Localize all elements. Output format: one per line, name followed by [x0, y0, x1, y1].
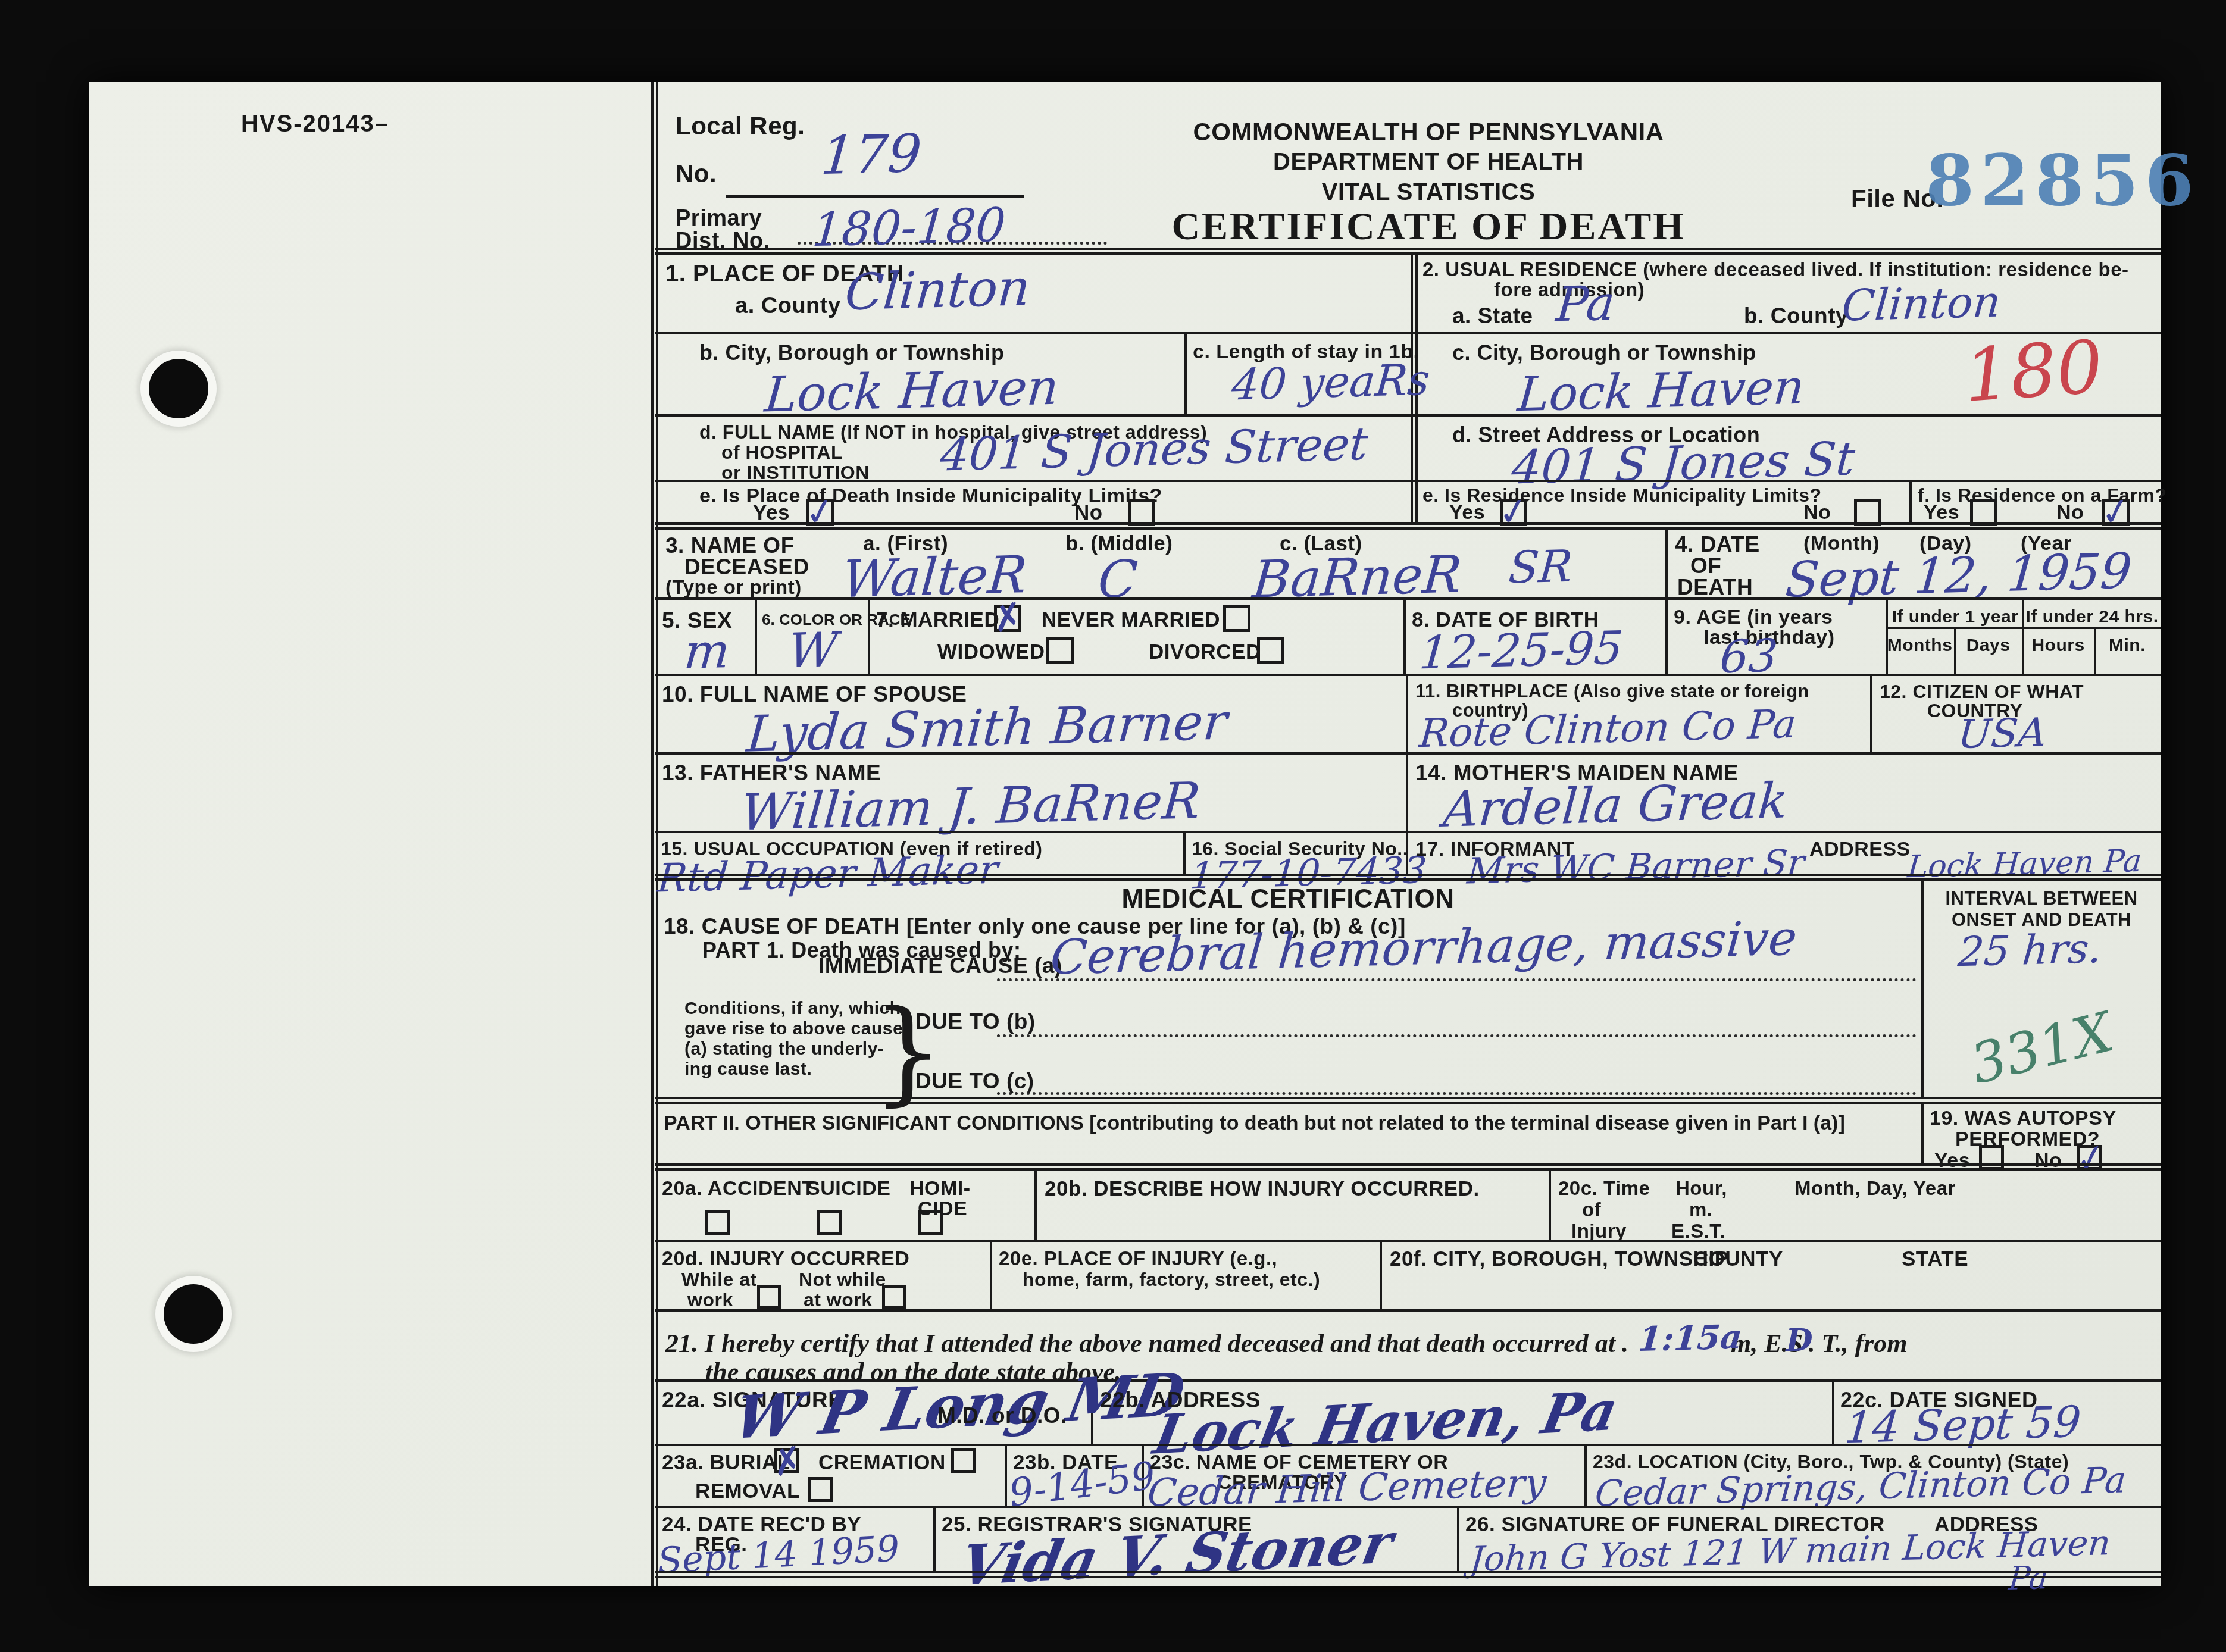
org-line-1: COMMONWEALTH OF PENNSYLVANIA: [1012, 118, 1845, 146]
birthplace-value: Rote Clinton Co Pa: [1418, 701, 1798, 757]
divider: [1665, 600, 1668, 674]
part2-text: PART II. OTHER SIGNIFICANT CONDITIONS [c…: [664, 1112, 1845, 1135]
rule: [997, 1034, 1917, 1037]
medical-certification-title: MEDICAL CERTIFICATION: [655, 884, 1921, 914]
divider: [651, 82, 658, 1586]
section2-title: 2. USUAL RESIDENCE (where deceased lived…: [1422, 258, 2129, 281]
hours-label: Hours: [2022, 636, 2094, 656]
field-7-married-label: 7. MARRIED: [876, 608, 999, 632]
deceased-suffix: SR: [1507, 541, 1574, 594]
divider: [1870, 674, 1872, 752]
deceased-last-name: BaRneR: [1250, 545, 1464, 609]
conditions-label1: Conditions, if any, which: [684, 999, 901, 1019]
field-1a-county-value: Clinton: [843, 258, 1032, 321]
divider: [655, 874, 2161, 881]
field-23a-removal-label: REMOVAL: [695, 1479, 800, 1503]
checkbox-homicide: [918, 1210, 943, 1235]
divider: [1909, 480, 1912, 522]
field-7-divorced-label: DIVORCED: [1149, 640, 1261, 664]
checkbox-divorced: [1257, 637, 1284, 664]
field-2a-state-value: Pa: [1554, 276, 1617, 333]
certify-statement-line1: 21. I hereby certify that I attended the…: [665, 1321, 1907, 1360]
checkbox-removal: [808, 1477, 833, 1502]
under-24-hrs-label: If under 24 hrs.: [2024, 607, 2161, 627]
under-1-year-label: If under 1 year: [1887, 607, 2024, 627]
dist-no-label: Dist. No.: [676, 229, 770, 254]
field-1e-yes-label: Yes: [753, 501, 790, 525]
field-20c-mdy-label: Month, Day, Year: [1794, 1177, 1956, 1200]
field-20c-hour-label: Hour,: [1675, 1177, 1727, 1200]
days-label: Days: [1954, 636, 2022, 656]
field-20a-accident-label: 20a. ACCIDENT: [662, 1177, 815, 1200]
punch-hole-top: [149, 359, 208, 418]
field-17-address-label: ADDRESS: [1809, 838, 1911, 861]
field-20f-state-label: STATE: [1902, 1247, 1968, 1271]
checkbox-cremation: [951, 1448, 976, 1473]
field-19-label1: 19. WAS AUTOPSY: [1930, 1107, 2116, 1130]
checkbox-suicide: [817, 1210, 842, 1235]
field-23a-cremation-label: CREMATION: [818, 1451, 946, 1475]
divider: [933, 1506, 936, 1573]
divider: [1403, 600, 1406, 674]
field-1c-stay-value: 40 yeaRs: [1230, 355, 1431, 410]
checkbox-accident: [705, 1210, 730, 1235]
rule: [655, 414, 1411, 417]
checkbox-not-while-at-work: [882, 1285, 906, 1309]
checkbox-never-married: [1223, 605, 1250, 632]
primary-dist-number: 180-180: [811, 199, 1008, 258]
local-reg-number: 179: [819, 123, 924, 187]
code-green-331x: 331X: [1965, 1000, 2119, 1096]
file-no-stamp: 82856: [1925, 139, 2200, 221]
divider: [655, 1571, 2161, 1578]
field-2f-yes-label: Yes: [1924, 501, 1959, 524]
rule: [655, 1309, 2161, 1312]
interval-value: 25 hrs.: [1956, 925, 2103, 976]
local-reg-label: Local Reg.: [676, 112, 805, 140]
field-20d-work-label: work: [687, 1289, 733, 1311]
field-7-widowed-label: WIDOWED: [937, 640, 1045, 664]
field-2b-label: b. County: [1744, 304, 1848, 328]
min-label: Min.: [2094, 636, 2161, 656]
due-to-b-label: DUE TO (b): [915, 1009, 1036, 1034]
field-20c-of-label: of: [1582, 1199, 1601, 1221]
divider: [1380, 1240, 1382, 1309]
field-20a-suicide-label: SUICIDE: [806, 1177, 890, 1200]
mother-name-value: Ardella Greak: [1441, 772, 1790, 838]
field-2f-no-label: No: [2056, 501, 2084, 524]
field-4-label3: DEATH: [1677, 575, 1753, 600]
field-20f-county-label: COUNTY: [1693, 1247, 1783, 1271]
field-20e-label2: home, farm, factory, street, etc.): [1023, 1269, 1320, 1291]
field-20c-time-label: 20c. Time: [1558, 1177, 1650, 1200]
field-2a-label: a. State: [1452, 304, 1533, 328]
divider: [1406, 752, 1408, 831]
divider: [1457, 1506, 1459, 1573]
conditions-label2: gave rise to above cause: [684, 1019, 903, 1039]
race-value: W: [786, 622, 840, 678]
field-1a-label: a. County: [735, 293, 841, 319]
field-20d-label: 20d. INJURY OCCURRED: [662, 1247, 909, 1271]
field-7-never-label: NEVER MARRIED: [1042, 608, 1220, 632]
form-code: HVS-20143–: [241, 111, 389, 137]
divider: [1034, 1171, 1037, 1240]
date-of-birth-value: 12-25-95: [1418, 621, 1625, 679]
checkbox-widowed: [1046, 637, 1074, 664]
org-line-3: VITAL STATISTICS: [1012, 179, 1845, 206]
divider: [1549, 1171, 1551, 1240]
org-line-2: DEPARTMENT OF HEALTH: [1012, 149, 1845, 176]
divider: [1183, 831, 1186, 875]
field-1d-address-value: 401 S Jones Street: [939, 417, 1370, 481]
due-to-c-label: DUE TO (c): [915, 1069, 1034, 1094]
field-20e-label1: 20e. PLACE OF INJURY (e.g.,: [999, 1247, 1277, 1270]
timezone-ink-overwrite: D: [1786, 1322, 1813, 1359]
certificate-title: CERTIFICATE OF DEATH: [1012, 204, 1845, 249]
field-20d-notwhile-label: Not while: [799, 1269, 886, 1291]
conditions-label3: (a) stating the underly-: [684, 1039, 884, 1059]
field-2b-county-value: Clinton: [1840, 276, 2003, 330]
sex-value: m: [682, 623, 731, 680]
citizen-value: USA: [1956, 709, 2049, 758]
conditions-label4: ing cause last.: [684, 1059, 812, 1080]
rule: [655, 332, 1411, 334]
deceased-middle-name: C: [1096, 549, 1140, 610]
field-20d-atwork-label: at work: [804, 1289, 873, 1311]
field-1d-label2: of HOSPITAL: [721, 442, 843, 464]
reg-no-label: No.: [676, 159, 717, 188]
death-time-value: 1:15a: [1637, 1318, 1729, 1359]
field-20c-m-label: m.: [1689, 1199, 1713, 1221]
divider: [655, 1163, 2161, 1171]
months-label: Months: [1886, 636, 1954, 656]
rule: [655, 1444, 2161, 1446]
certificate-paper: HVS-20143– Local Reg. No. 179 Primary Di…: [89, 82, 2161, 1586]
rule: [726, 195, 1024, 198]
certify-pre: 21. I hereby certify that I attended the…: [665, 1329, 1628, 1358]
divider: [1921, 1104, 1924, 1163]
field-2c-city-value: Lock Haven: [1515, 359, 1806, 423]
divider: [1406, 674, 1408, 752]
divider: [1665, 530, 1668, 600]
interval-label1: INTERVAL BETWEEN: [1922, 888, 2161, 909]
field-20b-label: 20b. DESCRIBE HOW INJURY OCCURRED.: [1045, 1177, 1480, 1201]
divider: [1584, 1444, 1587, 1506]
timezone-altered: SD: [1789, 1328, 1809, 1359]
rule: [997, 1092, 1917, 1095]
checkbox-married: ✗: [994, 605, 1021, 632]
check-mark: ✓: [2072, 1134, 2110, 1182]
md-do-label: M.D. or D.O.: [937, 1403, 1067, 1428]
field-2e-no-label: No: [1803, 501, 1831, 524]
certify-post: . T., from: [1809, 1329, 1908, 1358]
field-3-label3: (Type or print): [665, 576, 802, 599]
district-stamp-red: 180: [1961, 324, 2105, 418]
divider: [1832, 1379, 1834, 1444]
rule: [655, 1506, 2161, 1508]
immediate-cause-label: IMMEDIATE CAUSE (a): [818, 953, 1062, 978]
checkbox-burial: ✗: [774, 1448, 799, 1473]
field-11-label1: 11. BIRTHPLACE (Also give state or forei…: [1415, 681, 1809, 702]
rule: [1413, 480, 2161, 482]
rule: [1413, 414, 2161, 417]
primary-label: Primary: [676, 206, 762, 231]
field-20d-whileat-label: While at: [681, 1269, 757, 1291]
rule: [655, 597, 2161, 600]
divider: [755, 600, 757, 674]
field-1e-no-label: No: [1074, 501, 1103, 525]
divider: [990, 1240, 992, 1309]
checkbox-while-at-work: [757, 1285, 781, 1309]
divider: [655, 522, 2161, 530]
divider: [655, 1097, 2161, 1104]
field-2e-yes-label: Yes: [1449, 501, 1485, 524]
rule: [655, 480, 1411, 482]
punch-hole-bottom: [164, 1284, 223, 1344]
rule: [655, 1240, 2161, 1242]
field-20f-label: 20f. CITY, BOROUGH, TOWNSHIP: [1390, 1247, 1729, 1271]
divider: [1184, 332, 1187, 414]
scanned-death-certificate: { "stub": { "code": "HVS-20143–" }, "hdr…: [0, 0, 2226, 1652]
